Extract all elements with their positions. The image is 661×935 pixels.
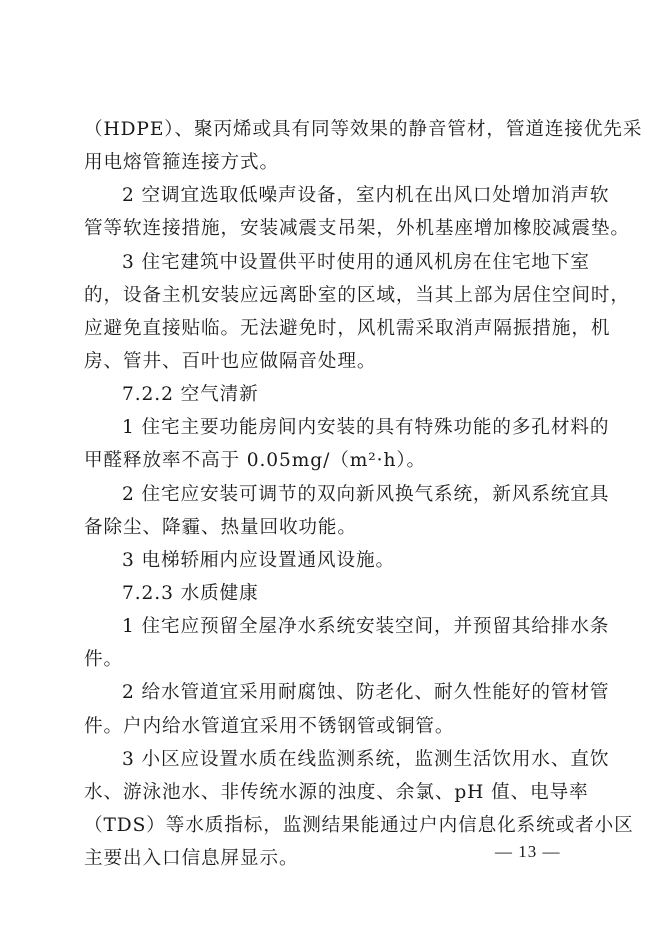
text-line: 件。	[84, 643, 574, 676]
text-line: 应避免直接贴临。无法避免时，风机需采取消声隔振措施，机	[84, 312, 574, 345]
clause-3-line: 3 小区应设置水质在线监测系统，监测生活饮用水、直饮	[84, 743, 574, 776]
clause-3-line: 3 住宅建筑中设置供平时使用的通风机房在住宅地下室	[84, 246, 574, 279]
text-line: 件。户内给水管道宜采用不锈钢管或铜管。	[84, 710, 574, 743]
text-line: 甲醛释放率不高于 0.05mg/（m²·h）。	[84, 444, 574, 477]
clause-1-line: 1 住宅应预留全屋净水系统安装空间，并预留其给排水条	[84, 610, 574, 643]
clause-1-line: 1 住宅主要功能房间内安装的具有特殊功能的多孔材料的	[84, 411, 574, 444]
document-page: （HDPE）、聚丙烯或具有同等效果的静音管材，管道连接优先采 用电熔管箍连接方式…	[84, 113, 574, 875]
clause-2-line: 2 给水管道宜采用耐腐蚀、防老化、耐久性能好的管材管	[84, 676, 574, 709]
page-number: — 13 —	[495, 842, 561, 862]
text-line: （TDS）等水质指标，监测结果能通过户内信息化系统或者小区	[84, 809, 574, 842]
text-line: 水、游泳池水、非传统水源的浊度、余氯、pH 值、电导率	[84, 776, 574, 809]
text-line: （HDPE）、聚丙烯或具有同等效果的静音管材，管道连接优先采	[84, 113, 574, 146]
clause-2-line: 2 空调宜选取低噪声设备，室内机在出风口处增加消声软	[84, 179, 574, 212]
text-line: 备除尘、降霾、热量回收功能。	[84, 511, 574, 544]
clause-3-line: 3 电梯轿厢内应设置通风设施。	[84, 544, 574, 577]
text-line: 管等软连接措施，安装减震支吊架，外机基座增加橡胶减震垫。	[84, 212, 574, 245]
text-line: 房、管井、百叶也应做隔音处理。	[84, 345, 574, 378]
clause-2-line: 2 住宅应安装可调节的双向新风换气系统，新风系统宜具	[84, 478, 574, 511]
text-line: 用电熔管箍连接方式。	[84, 146, 574, 179]
section-heading-7-2-3: 7.2.3 水质健康	[84, 577, 574, 610]
text-line: 的，设备主机安装应远离卧室的区域，当其上部为居住空间时，	[84, 279, 574, 312]
section-heading-7-2-2: 7.2.2 空气清新	[84, 378, 574, 411]
